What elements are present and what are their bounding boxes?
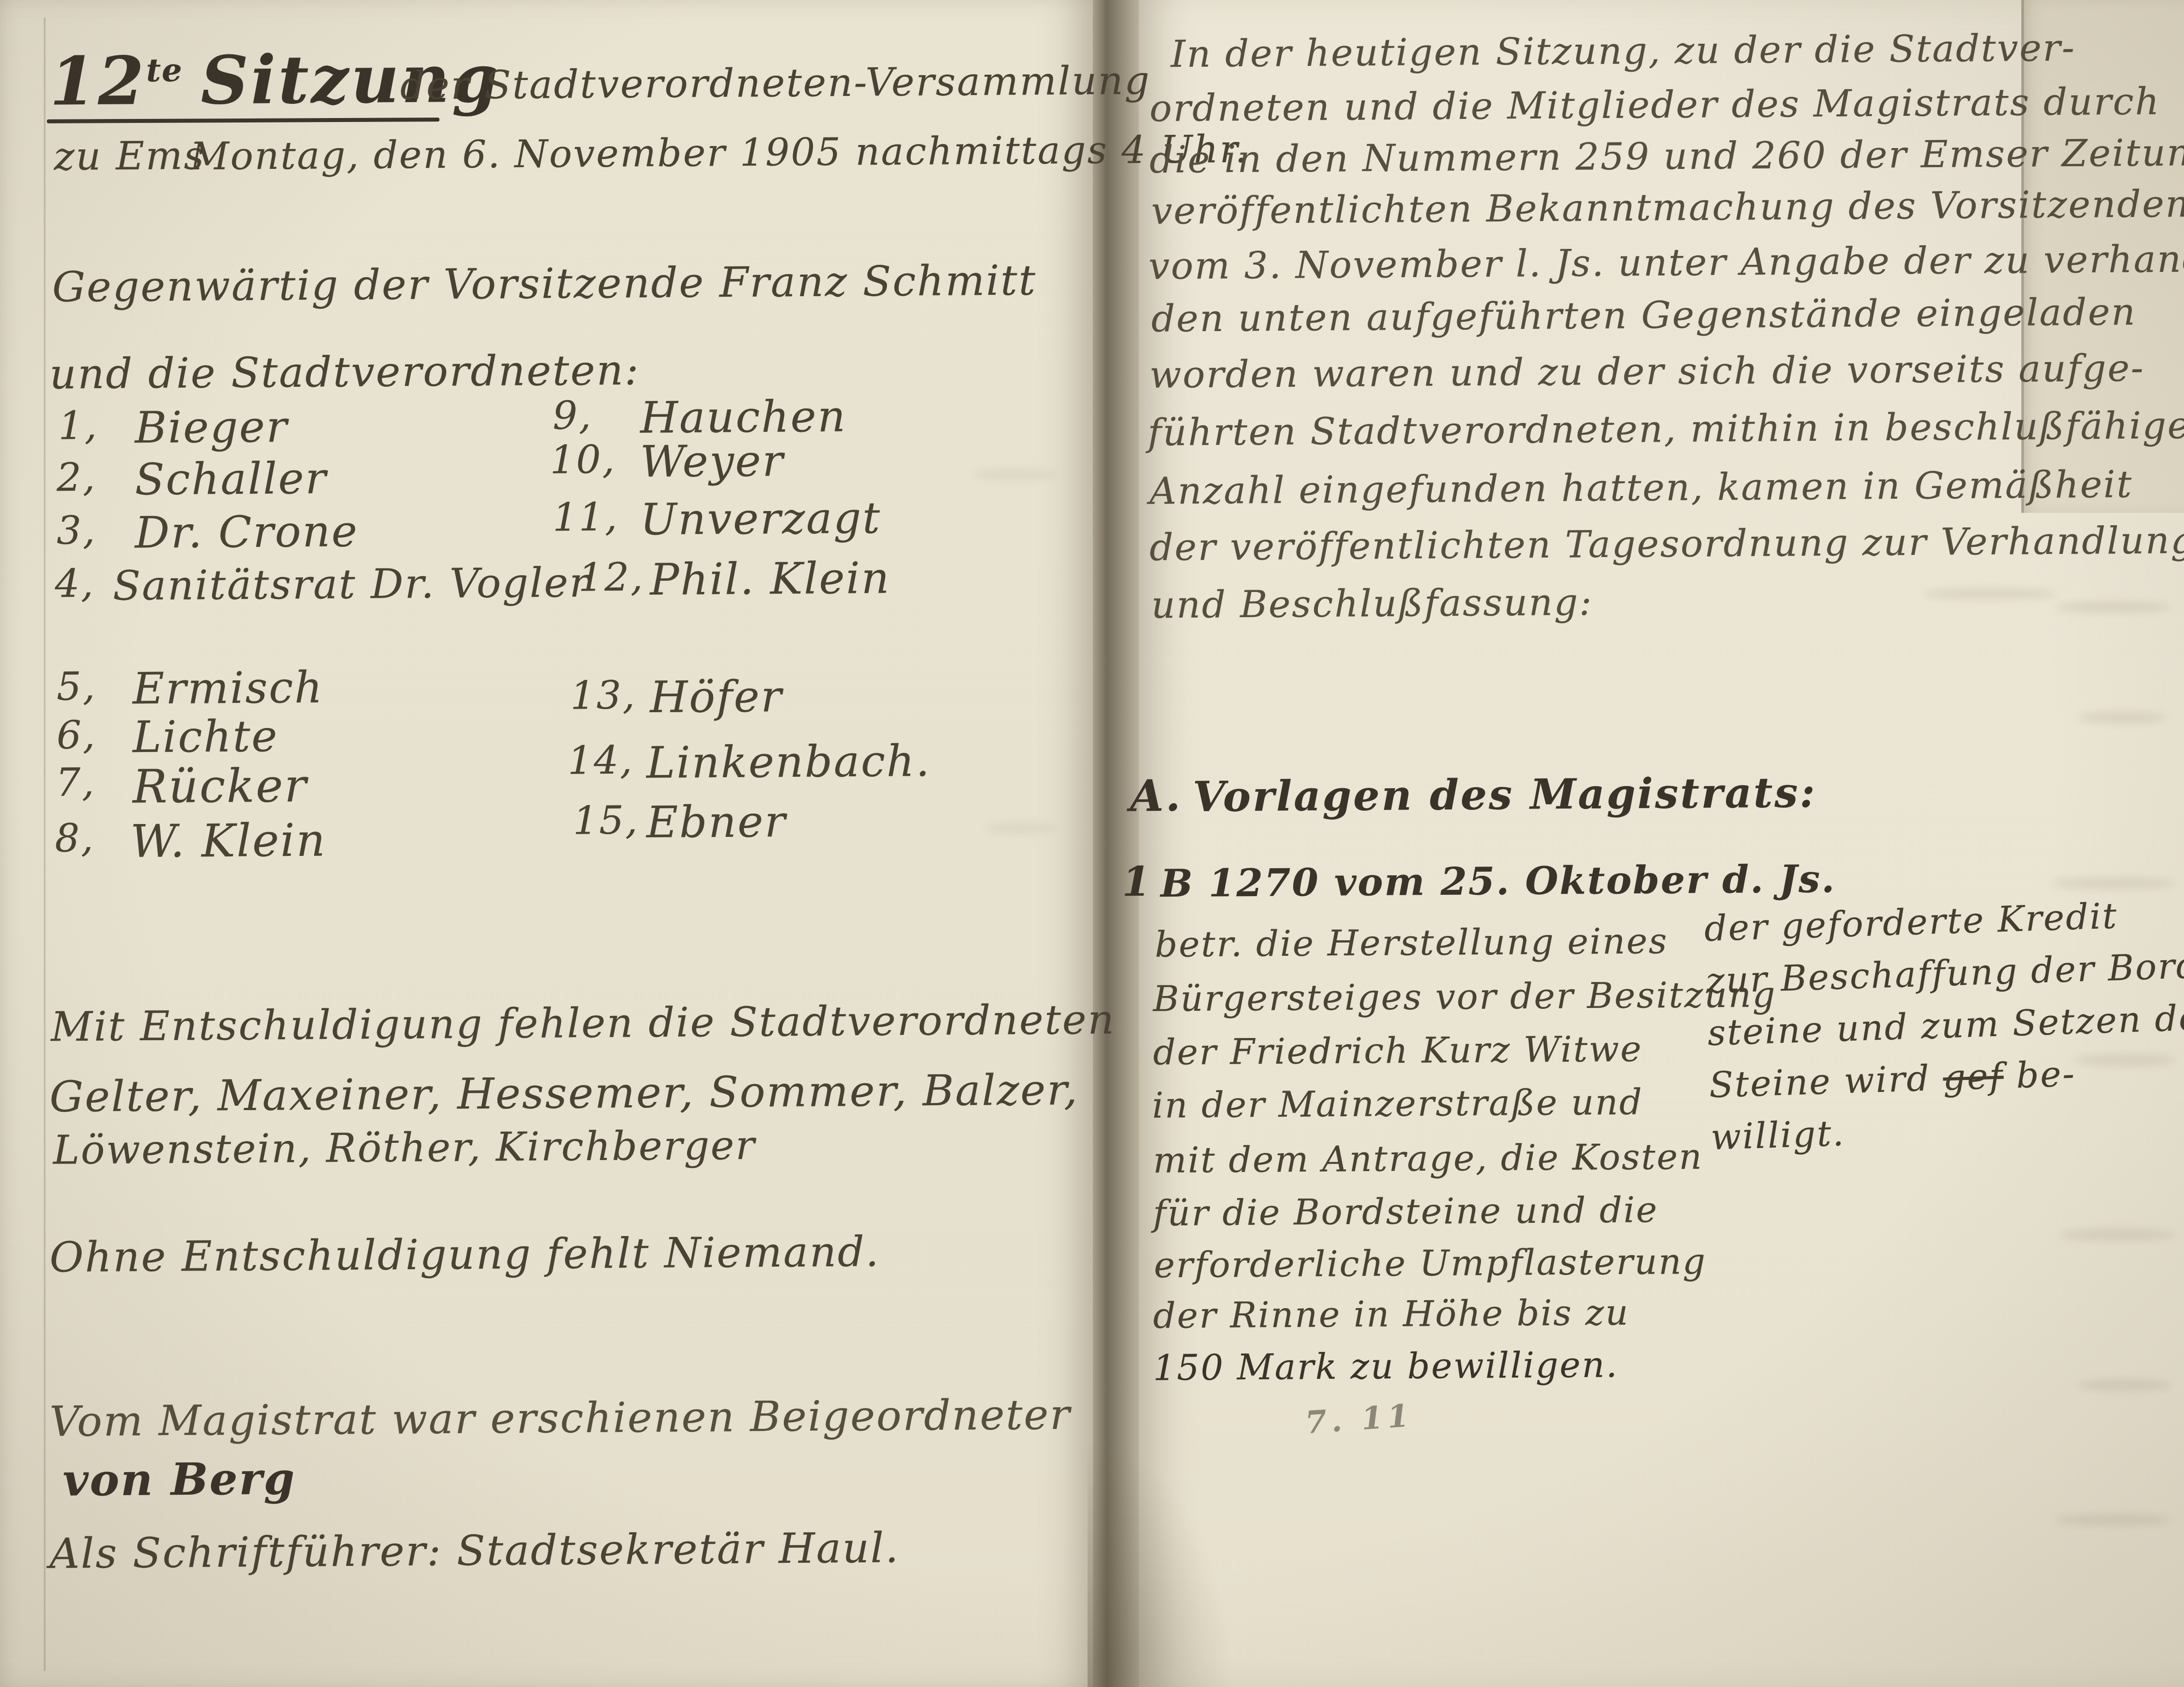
protocol-paragraph-line: In der heutigen Sitzung, zu der die Stad… [1171,28,2076,74]
protocol-paragraph-line: und Beschlußfassung: [1151,582,1593,626]
protocol-paragraph-line: veröffentlichten Bekanntmachung des Vors… [1151,184,2184,231]
agenda-item-body-line: der Rinne in Höhe bis zu [1153,1294,1630,1335]
struck-word: gef [1942,1055,2004,1098]
pencil-note: 7. 11 [1304,1399,1415,1439]
agenda-item-number: 1 [1122,860,1152,904]
decision-line-pre: Steine wird [1709,1057,1944,1106]
manuscript-scan: 12teSitzung der Stadtverordneten-Versamm… [0,0,2184,1687]
protocol-paragraph-line: Anzahl eingefunden hatten, kamen in Gemä… [1149,464,2133,511]
decision-line-post: be- [2003,1053,2076,1096]
agenda-item-body-line: Bürgersteiges vor der Besitzung [1153,976,1777,1018]
bleedthrough-smudge [2056,1514,2171,1526]
agenda-item-body-line: 150 Mark zu bewilligen. [1153,1346,1619,1387]
right-page: In der heutigen Sitzung, zu der die Stad… [0,0,2184,1687]
protocol-paragraph-line: worden waren und zu der sich die vorseit… [1149,348,2145,395]
protocol-paragraph-line: führten Stadtverordneten, mithin in besc… [1148,405,2184,453]
agenda-item-body-line: erforderliche Umpflasterung [1154,1243,1707,1285]
bleedthrough-smudge [2060,1229,2175,1240]
agenda-item-body-line: für die Bordsteine und die [1153,1191,1659,1233]
decision-note: der geforderte Kredit zur Beschaffung de… [1703,887,2184,1164]
bleedthrough-smudge [2078,1379,2171,1391]
bleedthrough-smudge [2078,712,2166,723]
protocol-paragraph-line: vom 3. November l. Js. unter Angabe der … [1149,238,2184,286]
protocol-paragraph-line: den unten aufgeführten Gegenstände einge… [1151,292,2137,339]
agenda-item-body-line: in der Mainzerstraße und [1152,1083,1643,1125]
bleedthrough-smudge [2056,601,2171,613]
section-title: Vorlagen des Magistrats: [1193,771,1817,820]
bleedthrough-smudge [2051,878,2175,889]
agenda-item-reference: B 1270 vom 25. Oktober d. Js. [1161,859,1836,905]
section-label: A. [1130,773,1183,820]
protocol-paragraph-line: ordneten und die Mitglieder des Magistra… [1149,81,2161,129]
agenda-item-body-line: der Friedrich Kurz Witwe [1153,1030,1643,1072]
protocol-paragraph-line: die in den Nummern 259 und 260 der Emser… [1149,133,2184,180]
agenda-item-body-line: mit dem Antrage, die Kosten [1153,1138,1703,1180]
bleedthrough-smudge [2073,1054,2175,1066]
agenda-item-body-line: betr. die Herstellung eines [1155,922,1669,964]
bleedthrough-smudge [1923,588,2056,599]
protocol-paragraph-line: der veröffentlichten Tagesordnung zur Ve… [1149,520,2184,568]
